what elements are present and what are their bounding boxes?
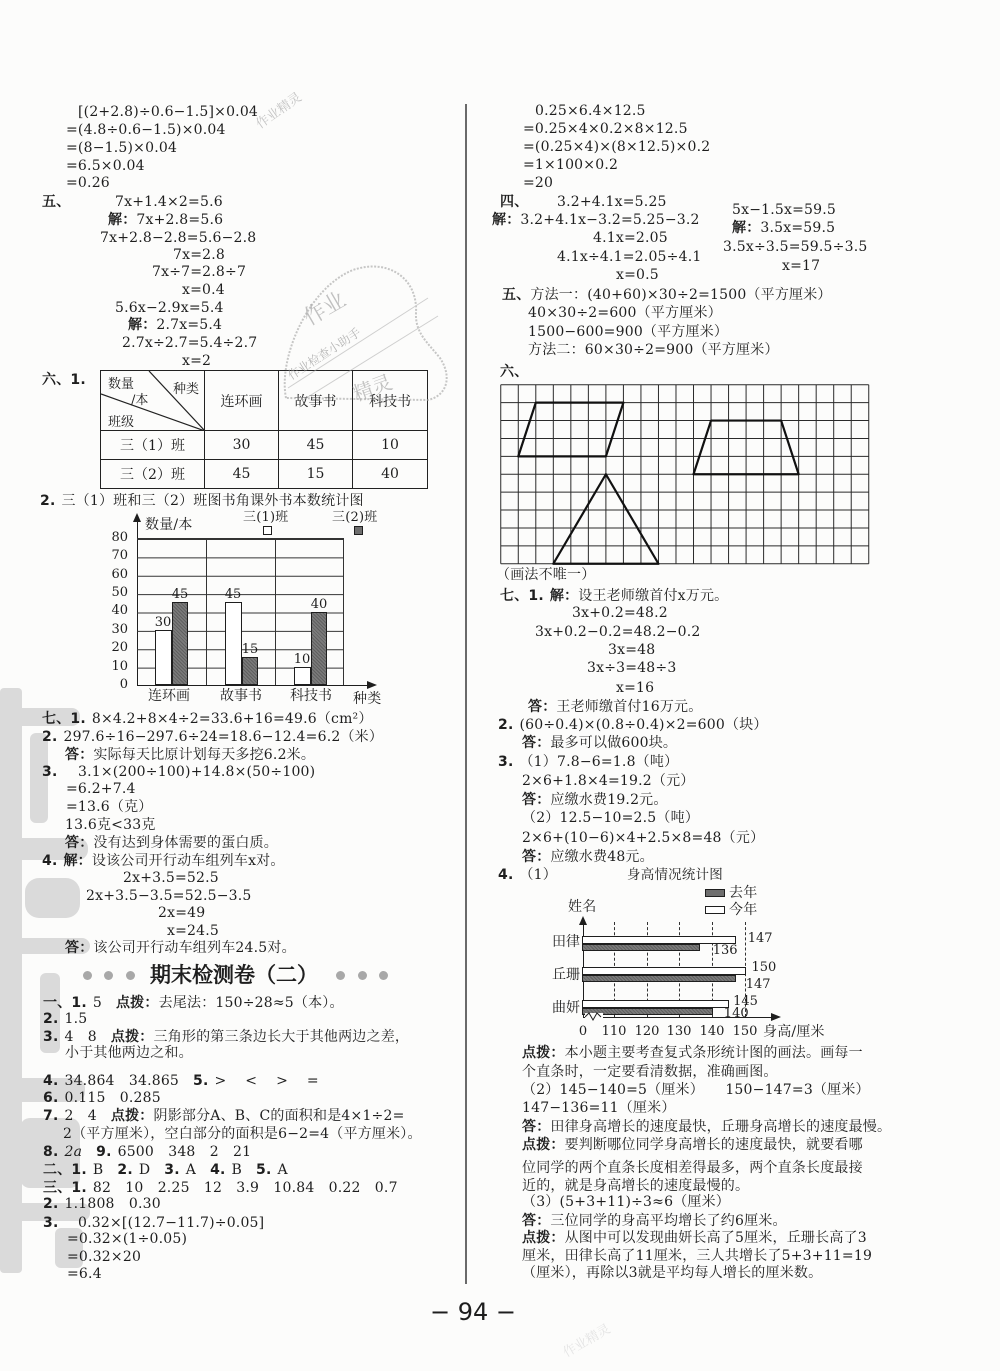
heading-dot-icon — [126, 971, 135, 980]
calc-line: （2）12.5−10=2.5（吨） — [522, 809, 699, 827]
bar-value-label: 150 — [752, 961, 777, 975]
heading-dot-icon — [83, 971, 92, 980]
choice-answer: B — [93, 1162, 104, 1178]
equation: 7x+2.8=5.6 — [136, 212, 223, 228]
category-label: 田律 — [546, 933, 580, 951]
question-number: 一、1. — [43, 995, 87, 1011]
equation-line: 7x+2.8−2.8=5.6−2.8 — [100, 229, 256, 247]
section-number: 四、 — [500, 193, 528, 211]
bar-class1-comics — [155, 630, 172, 685]
equation-line: 2x+3.5=52.5 — [123, 869, 219, 887]
equation-line: 解：2.7x=5.4 — [128, 316, 222, 334]
answer-text: 34.86̇4̇ 34.865 — [64, 1073, 179, 1089]
answer-line: 答：应缴水费48元。 — [522, 848, 654, 866]
y-tick: 20 — [104, 641, 128, 655]
equation-line: 解：3.5x=59.5 — [732, 219, 835, 237]
table-cell: 10 — [353, 431, 428, 460]
answer-text: 4 8 — [64, 1029, 96, 1045]
hint-line: 点拨：要判断哪位同学身高增长的速度最快，就要看哪 — [522, 1136, 863, 1154]
category-label: 丘珊 — [546, 966, 580, 984]
y-axis-label: 姓名 — [568, 898, 596, 916]
x-tick: 140 — [697, 1025, 727, 1039]
calc-line: =0.32×(1÷0.05) — [67, 1230, 187, 1248]
method-text: 方法一：(40+60)×30÷2=1500（平方厘米） — [530, 287, 831, 303]
answer-label: 答： — [65, 747, 93, 763]
question-number: 5. — [193, 1073, 208, 1089]
answer-label: 答： — [522, 792, 550, 808]
table-cell: 45 — [205, 460, 279, 489]
equation-line: x=16 — [616, 679, 654, 697]
table-row: 三（1）班 30 45 10 — [101, 431, 428, 460]
equation-line: x=0.4 — [182, 281, 225, 299]
equation-line: 4.1x=2.05 — [593, 229, 668, 247]
section-number: 三、1. — [43, 1180, 87, 1196]
calc-line: 0.25×6.4×12.5 — [535, 102, 646, 120]
section-heading: 期末检测卷（二） — [150, 962, 318, 988]
answer-line: 一、1.5点拨：去尾法：150÷28≈5（本）。 — [43, 994, 344, 1012]
table-cell: 40 — [353, 460, 428, 489]
category-label: 科技书 — [281, 687, 341, 705]
bar-value-label: 15 — [238, 643, 262, 656]
heading-dot-icon — [104, 971, 113, 980]
equation: 8×4.2+8×4÷2=33.6+16=49.6（cm²） — [92, 711, 373, 727]
x-tick: 130 — [664, 1025, 694, 1039]
hint-text: 去尾法：150÷28≈5（本）。 — [159, 995, 344, 1011]
y-tick: 70 — [104, 549, 128, 563]
question-number: 1. — [71, 1162, 86, 1178]
chart-title: 身高情况统计图 — [615, 866, 735, 884]
y-axis-arrow-icon — [133, 513, 141, 522]
section-number: 五、 — [502, 287, 530, 303]
chart-title-text: 三（1）班和三（2）班图书角课外书本数统计图 — [61, 493, 363, 509]
answer-line: 答：田律身高增长的速度最快，丘珊身高增长的速度最慢。 — [522, 1118, 891, 1136]
calc-line: 147−136=11（厘米） — [522, 1099, 676, 1117]
question-number: 2. — [40, 493, 55, 509]
hint-text: 三角形的第三条边长大于其他两边之差， — [154, 1029, 410, 1045]
solve-label: 解： — [128, 317, 156, 333]
answer-line: 8.2a9.6500 348 2 21 — [43, 1143, 251, 1161]
equation-line: x=17 — [782, 257, 820, 275]
corner-watermark: 作业精灵 — [251, 87, 305, 132]
calc-line: =6.4 — [67, 1265, 102, 1283]
hint-continuation: （厘米），再除以3就是平均每人增长的厘米数。 — [522, 1264, 822, 1282]
answer-line: 答：王老师缴首付16万元。 — [528, 698, 702, 716]
y-tick: 80 — [104, 531, 128, 545]
hint-label: 点拨： — [522, 1230, 565, 1246]
x-axis-label: 身高/厘米 — [763, 1023, 825, 1041]
legend-label: 今年 — [729, 901, 757, 919]
question-number: 8. — [43, 1144, 58, 1160]
equation-line: 7x=2.8 — [173, 246, 225, 264]
question-number: 3. — [498, 754, 513, 770]
question-number: 3. — [164, 1162, 179, 1178]
calc-line: =6.2+7.4 — [66, 780, 136, 798]
answer-text: 应缴水费19.2元。 — [550, 792, 667, 808]
question-number: 4. — [43, 1073, 58, 1089]
equation-line: 2.7x÷2.7=5.4÷2.7 — [122, 334, 257, 352]
answer-text: > < > = — [215, 1073, 319, 1089]
bar-class2-stories — [242, 657, 258, 685]
bar-value-label: 136 — [713, 944, 738, 958]
section-number: 五、 — [42, 193, 70, 211]
y-tick: 10 — [104, 660, 128, 674]
table-corner-cell: 数量 /本 种类 班级 — [101, 371, 205, 431]
equation-line: 7x÷7=2.8÷7 — [152, 263, 246, 281]
heading-dot-icon — [336, 971, 345, 980]
hint-continuation: 个直条时，一定要看清数据，准确画图。 — [522, 1063, 778, 1081]
calc-line: 2×6+(10−6)×4+2.5×8=48（元） — [522, 829, 764, 847]
equation-line: 5x−1.5x=59.5 — [732, 201, 836, 219]
bar-value-label: 40 — [307, 598, 331, 611]
equation-line: 3x+0.2−0.2=48.2−0.2 — [535, 623, 701, 641]
hint-text: 阴影部分A、B、C的面积和是4×1÷2= — [154, 1108, 405, 1124]
solve-label: 解： — [108, 212, 136, 228]
calc-line: =(0.25×4)×(8×12.5)×0.2 — [523, 138, 710, 156]
equation-line: 2x=49 — [158, 904, 205, 922]
bar-class1-science — [294, 667, 311, 685]
question-number: 3. — [43, 1029, 58, 1045]
solve-label: 解： — [492, 212, 520, 228]
bar-quyan-this-year — [582, 1000, 729, 1008]
calc-line: （2）145−140=5（厘米） 150−147=3（厘米） — [522, 1081, 870, 1099]
answer-text: 1.5 — [64, 1011, 87, 1027]
hint-continuation: 位同学的两个直条长度相差得最多，两个直条长度最接 — [522, 1159, 863, 1177]
equation-line: 3.5x÷3.5=59.5÷3.5 — [723, 238, 867, 256]
answer-text: 5 — [93, 995, 102, 1011]
calc-line: =(8−1.5)×0.04 — [66, 139, 177, 157]
calc-line: =1×100×0.2 — [523, 156, 618, 174]
equation: 3.5x=59.5 — [760, 220, 835, 236]
legend-label: 三(2)班 — [332, 509, 377, 527]
sub-question: （1） — [519, 867, 557, 883]
grid-note: （画法不唯一） — [496, 566, 595, 584]
answer-label: 答： — [65, 835, 93, 851]
hint-continuation: 小于其他两边之和。 — [65, 1044, 193, 1062]
section-number: 六、1. — [42, 371, 86, 389]
question-number: 3. — [43, 1214, 58, 1232]
bar-class2-comics — [172, 602, 188, 685]
answer-line: 4.解：设该公司开行动车组列车x对。 — [42, 852, 285, 870]
question-number: 2. — [42, 729, 57, 745]
corner-label-class: 班级 — [108, 416, 134, 430]
bar-value-label: 10 — [290, 653, 314, 666]
calc-line: =13.6（克） — [66, 798, 153, 816]
equation: (60÷0.4)×(0.8÷0.4)×2=600（块） — [519, 717, 767, 733]
answer-label: 答： — [522, 1119, 550, 1135]
answer-label: 答： — [522, 849, 550, 865]
category-label: 曲妍 — [546, 999, 580, 1017]
x-tick: 150 — [730, 1025, 760, 1039]
answer-line: 答：该公司开行动车组列车24.5对。 — [65, 939, 296, 957]
choice-answer: A — [278, 1162, 288, 1178]
answer-label: 答： — [528, 699, 556, 715]
answer-text: 2 4 — [64, 1108, 96, 1124]
bar-value-label: 140 — [724, 1007, 749, 1021]
answer-text: 该公司开行动车组列车24.5对。 — [93, 940, 295, 956]
answer-text: 王老师缴首付16万元。 — [556, 699, 702, 715]
hint-label: 点拨： — [111, 1108, 154, 1124]
section-number: 六、 — [500, 363, 528, 381]
answer-line: 答：三位同学的身高平均增长了约6厘米。 — [522, 1212, 787, 1230]
hint-label: 点拨： — [522, 1137, 565, 1153]
legend-swatch-gray — [705, 889, 725, 897]
question-number: 2. — [117, 1162, 132, 1178]
table-cell: 15 — [279, 460, 353, 489]
corner-label-quantity: 数量 — [108, 378, 134, 392]
table-cell: 45 — [279, 431, 353, 460]
equation: 3.2+4.1x−3.2=5.25−3.2 — [520, 212, 699, 228]
hint-text: 要判断哪位同学身高增长的速度最快，就要看哪 — [565, 1137, 863, 1153]
corner-label-type: 种类 — [173, 383, 199, 397]
question-number: 2. — [43, 1011, 58, 1027]
calc-line: 2×6+1.8×4=19.2（元） — [522, 772, 694, 790]
equation-line: 5.6x−2.9x=5.4 — [115, 299, 224, 317]
calc-line: =6.5×0.04 — [66, 157, 145, 175]
chart-title: 2.三（1）班和三（2）班图书角课外书本数统计图 — [40, 492, 364, 510]
calc-line: =20 — [523, 174, 553, 192]
hint-line: 点拨：从图中可以发现曲妍长高了5厘米，丘珊长高了3 — [522, 1229, 867, 1247]
chart-plot-area: 30 45 45 15 10 40 — [137, 538, 344, 685]
bar-value-label: 30 — [151, 616, 175, 629]
answer-line: 答：最多可以做600块。 — [522, 734, 677, 752]
answer-line: 3.（1）7.8−6=1.8（吨） — [498, 753, 678, 771]
hint-label: 点拨： — [522, 1045, 565, 1061]
answer-line: 七、1.解：设王老师缴首付x万元。 — [500, 587, 728, 605]
answer-text: 实际每天比原计划每天多挖6.2米。 — [93, 747, 315, 763]
answer-text: 三位同学的身高平均增长了约6厘米。 — [550, 1213, 786, 1229]
answer-line: 答：实际每天比原计划每天多挖6.2米。 — [65, 746, 315, 764]
choice-answer: B — [232, 1162, 243, 1178]
hint-continuation: 厘米，田律长高了11厘米，三人共增长了5+3+11=19 — [522, 1247, 872, 1265]
legend-swatch-gray — [354, 526, 363, 535]
legend-swatch-white — [263, 526, 272, 535]
bar-qiushan-last-year — [582, 975, 736, 983]
equation-line: 解：7x+2.8=5.6 — [108, 211, 223, 229]
calc-line: =0.25×4×0.2×8×12.5 — [523, 120, 688, 138]
answer-text: 田律身高增长的速度最快，丘珊身高增长的速度最慢。 — [550, 1119, 891, 1135]
corner-label-unit: /本 — [131, 394, 148, 408]
question-number: 9. — [96, 1144, 111, 1160]
solve-label: 解： — [63, 853, 91, 869]
answer-line: 2.1.5 — [43, 1010, 87, 1028]
equation: （1）7.8−6=1.8（吨） — [519, 754, 678, 770]
x-axis-arrow-icon — [367, 681, 377, 689]
equation-line: 4.1x÷4.1=2.05÷4.1 — [557, 248, 701, 266]
answer-text: 0.115 0.285 — [64, 1090, 160, 1106]
calc-line: [(2+2.8)÷0.6−1.5]×0.04 — [78, 103, 258, 121]
legend-label: 三(1)班 — [243, 509, 288, 527]
answer-label: 答： — [65, 940, 93, 956]
heading-dot-icon — [358, 971, 367, 980]
calc-line: =0.32×20 — [67, 1248, 141, 1266]
hint-text: 本小题主要考查复式条形统计图的画法。画每一 — [565, 1045, 863, 1061]
bar-value-label: 147 — [746, 978, 771, 992]
calc-line: =(4.8÷0.6−1.5)×0.04 — [66, 121, 226, 139]
question-number: 2. — [498, 717, 513, 733]
equation-line: x=2 — [182, 352, 211, 370]
y-tick: 50 — [104, 586, 128, 600]
question-number: 2. — [43, 1196, 58, 1212]
calc-line: 13.6克<33克 — [65, 816, 156, 834]
bar-value-label: 147 — [748, 932, 773, 946]
category-label: 故事书 — [211, 687, 271, 705]
legend-swatch-white — [705, 906, 725, 914]
question-number: 5. — [256, 1162, 271, 1178]
calc-line: 1500−600=900（平方厘米） — [528, 323, 728, 341]
y-tick: 30 — [104, 623, 128, 637]
answer-line: 6.0.115 0.285 — [43, 1089, 161, 1107]
calc-line: =0.26 — [66, 174, 110, 192]
equation-line: 解：3.2+4.1x−3.2=5.25−3.2 — [492, 211, 700, 229]
category-label: 连环画 — [139, 687, 199, 705]
y-axis-label: 数量/本 — [145, 516, 193, 534]
x-tick: 120 — [632, 1025, 662, 1039]
bar-tianlv-last-year — [582, 944, 700, 952]
bar-qiushan-this-year — [582, 967, 746, 975]
setup-text: 设该公司开行动车组列车x对。 — [92, 853, 285, 869]
x-tick: 0 — [568, 1025, 598, 1039]
question-number: 4. — [42, 853, 57, 869]
solve-label: 解： — [732, 220, 760, 236]
page-number: − 94 − — [423, 1297, 523, 1327]
answer-line: 二、1.B2.D3.A4.B5.A — [43, 1161, 288, 1179]
hint-continuation: 2（平方厘米），空白部分的面积是6−2=4（平方厘米）。 — [63, 1125, 422, 1143]
answer-line: 7.2 4点拨：阴影部分A、B、C的面积和是4×1÷2= — [43, 1107, 405, 1125]
equation-line: 3x+0.2=48.2 — [572, 604, 668, 622]
answer-line: 答：没有达到身体需要的蛋白质。 — [65, 834, 278, 852]
y-tick: 60 — [104, 568, 128, 582]
answer-line: 七、1.8×4.2+8×4÷2=33.6+16=49.6（cm²） — [42, 710, 373, 728]
hint-line: 点拨：本小题主要考查复式条形统计图的画法。画每一 — [522, 1044, 863, 1062]
equation: 297.6÷16−297.6÷24=18.6−12.4=6.2（米） — [63, 729, 383, 745]
answer-text: 应缴水费48元。 — [550, 849, 653, 865]
hint-text: 从图中可以发现曲妍长高了5厘米，丘珊长高了3 — [565, 1230, 867, 1246]
answer-line: 4.（1） — [498, 866, 557, 884]
choice-answer: D — [139, 1162, 150, 1178]
section-number: 二、 — [43, 1162, 71, 1178]
height-chart-plot: 147 136 150 147 145 140 — [582, 920, 782, 1017]
y-tick: 0 — [104, 678, 128, 692]
calc-line: 3.1×(200÷100)+14.8×(50÷100) — [78, 763, 315, 781]
x-tick: 110 — [599, 1025, 629, 1039]
grid-line — [206, 539, 207, 685]
question-number: 7. — [43, 1108, 58, 1124]
row-label: 三（2）班 — [101, 460, 205, 489]
answer-text: 1.1808 0.30 — [64, 1196, 160, 1212]
answer-line: 2.297.6÷16−297.6÷24=18.6−12.4=6.2（米） — [42, 728, 383, 746]
equation-line: 7x+1.4×2=5.6 — [115, 193, 223, 211]
drawing-grid — [500, 384, 870, 565]
answer-text: 最多可以做600块。 — [550, 735, 677, 751]
answer-text: 82 10 2.25 12 3.9 10.84 0.22 0.7 — [93, 1180, 398, 1196]
question-number: 4. — [498, 867, 513, 883]
answer-label: 答： — [522, 1213, 550, 1229]
section-number: 七、1. — [42, 711, 86, 727]
answer-text: 6500 348 2 21 — [118, 1144, 252, 1160]
column-divider — [465, 104, 467, 1284]
hint-label: 点拨： — [116, 995, 159, 1011]
bar-value-label: 45 — [168, 588, 192, 601]
bar-class2-science — [311, 612, 327, 686]
question-number: 6. — [43, 1090, 58, 1106]
answer-line: 4.34.86̇4̇ 34.8655.> < > = — [43, 1072, 319, 1090]
equation: 2.7x=5.4 — [156, 317, 222, 333]
table-cell: 30 — [205, 431, 279, 460]
answer-line: 答：应缴水费19.2元。 — [522, 791, 668, 809]
calc-line: 方法二：60×30÷2=900（平方厘米） — [528, 341, 779, 359]
bottom-watermark: 作业精灵 — [559, 1318, 614, 1360]
equation-line: 3x÷3=48÷3 — [587, 659, 676, 677]
x-axis-label: 种类 — [353, 690, 381, 708]
solve-label: 解： — [550, 588, 578, 604]
answer-label: 答： — [522, 735, 550, 751]
question-number: 4. — [210, 1162, 225, 1178]
calc-line: 40×30÷2=600（平方厘米） — [528, 304, 722, 322]
choice-answer: A — [186, 1162, 196, 1178]
answer-text: 2a — [64, 1144, 82, 1160]
row-label: 三（1）班 — [101, 431, 205, 460]
calc-line: （3）(5+3+11)÷3≈6（厘米） — [522, 1193, 730, 1211]
bar-value-label: 45 — [221, 588, 245, 601]
question-number: 3. — [42, 763, 57, 781]
answer-line: 2.(60÷0.4)×(0.8÷0.4)×2=600（块） — [498, 716, 768, 734]
setup-text: 设王老师缴首付x万元。 — [578, 588, 728, 604]
heading-dot-icon — [379, 971, 388, 980]
equation-line: 3x=48 — [608, 641, 655, 659]
answer-line: 五、方法一：(40+60)×30÷2=1500（平方厘米） — [502, 286, 832, 304]
equation-line: x=0.5 — [616, 266, 659, 284]
table-row: 三（2）班 45 15 40 — [101, 460, 428, 489]
legend-label: 去年 — [729, 884, 757, 902]
answer-line: 2.1.1808 0.30 — [43, 1195, 161, 1213]
section-number: 七、1. — [500, 588, 544, 604]
equation-line: x=24.5 — [167, 922, 219, 940]
answer-text: 没有达到身体需要的蛋白质。 — [93, 835, 278, 851]
axis-break-icon — [585, 1010, 603, 1022]
equation-line: 2x+3.5−3.5=52.5−3.5 — [86, 887, 252, 905]
grid-line — [275, 539, 276, 685]
equation-line: 3.2+4.1x=5.25 — [557, 193, 667, 211]
hint-label: 点拨： — [111, 1029, 154, 1045]
y-tick: 40 — [104, 604, 128, 618]
